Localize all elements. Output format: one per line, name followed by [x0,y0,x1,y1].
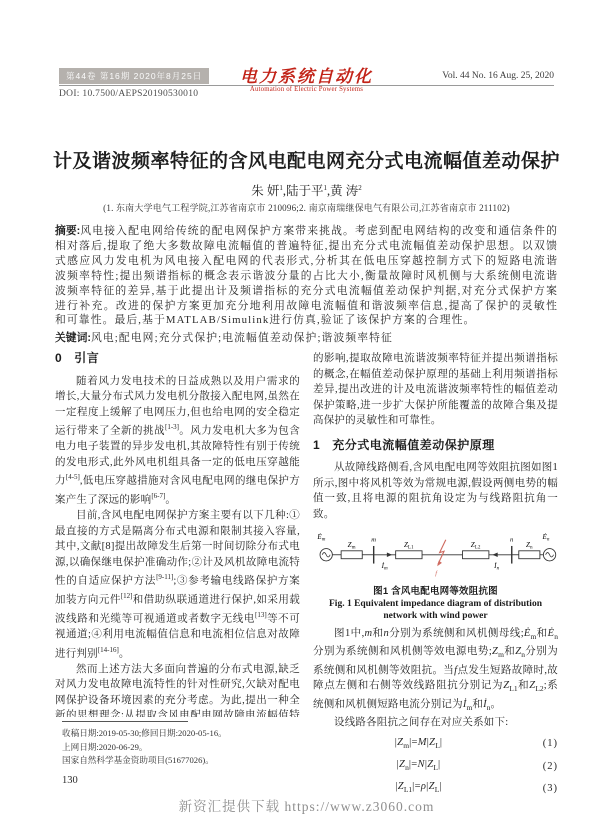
svg-text:n: n [510,537,514,544]
fault-lightning-icon [438,540,446,565]
keywords-line: 关键词:风电;配电网;充分式保护;电流幅值差动保护;谐波频率特征 [55,331,558,346]
svg-text:m: m [371,537,376,544]
intro-paragraph-1: 随着风力发电技术的日益成熟以及用户需求的增长,大量分布式风力发电机分散接入配电网… [55,374,300,509]
footnote-rule [62,721,188,722]
svg-text:f: f [435,570,438,577]
footnote-fund: 国家自然科学基金资助项目(51677026)。 [62,754,307,768]
volume-info: Vol. 44 No. 16 Aug. 25, 2020 [442,71,554,81]
left-column: 0引言 随着风力发电技术的日益成熟以及用户需求的增长,大量分布式风力发电机分散接… [55,351,300,717]
footnote-block: 收稿日期:2019-05-30;修回日期:2020-05-16。 上网日期:20… [62,721,307,768]
intro-paragraph-3: 然而上述方法大多面向普遍的分布式电源,缺乏对风力发电故障电流特性的针对性研究,欠… [55,662,300,718]
figure1-caption-zh: 图1 含风电配电网等效阻抗图 [313,585,558,598]
continued-paragraph: 的影响,提取故障电流谐波频率特征并提出频谱指标的概念,在幅值差动保护原理的基础上… [313,351,558,429]
figure1-caption-en: Fig. 1 Equivalent impedance diagram of d… [313,598,558,623]
equation-lead-in: 设线路各阻抗之间存在对应关系如下: [313,715,558,731]
equation-1: |Zm|=M|ZL|(1) [313,735,558,753]
section1-paragraph-1: 从故障线路侧看,含风电配电网等效阻抗图如图1所示,图中将风机等效为常规电源,假设… [313,460,558,522]
affiliation-line: (1. 东南大学电气工程学院,江苏省南京市 210096;2. 南京南瑞继保电气… [0,201,613,214]
abstract-label: 摘要: [55,225,80,237]
section-heading-1: 1充分式电流幅值差动保护原理 [313,438,558,454]
svg-text:ZL2: ZL2 [471,541,481,551]
section1-paragraph-2: 图1中,m和n分别为系统侧和风机侧母线;Ėm和Ėn分别为系统侧和风机侧等效电源电… [313,626,558,716]
author-line: 朱 妍1,陆于平1,黄 涛2 [0,181,613,199]
intro-paragraph-2: 目前,含风电配电网保护方案主要有以下几种:①最直接的方式是隔离分布式电源和限制其… [55,508,300,662]
current-arrow-in [492,552,497,557]
svg-text:Ėn: Ėn [542,533,550,543]
svg-text:Zn: Zn [526,541,533,551]
footnote-received: 收稿日期:2019-05-30;修回日期:2020-05-16。 [62,727,307,741]
current-arrow-im [387,552,392,557]
svg-text:Zm: Zm [348,541,356,551]
keywords-label: 关键词: [55,332,91,344]
right-column: 的影响,提取故障电流谐波频率特征并提出频谱指标的概念,在幅值差动保护原理的基础上… [313,351,558,801]
svg-text:İn: İn [493,562,500,572]
figure-1: Ėm Zm m İm ZL1 [313,527,558,623]
svg-text:Ėm: Ėm [316,533,325,543]
paper-title: 计及谐波频率特征的含风电配电网充分式电流幅值差动保护 [30,146,583,173]
impedance-circuit-diagram: Ėm Zm m İm ZL1 [313,527,561,579]
paper-page: 第44卷 第16期 2020年8月25日 DOI: 10.7500/AEPS20… [0,0,613,825]
svg-text:ZL1: ZL1 [404,541,414,551]
journal-logo-en: Automation of Electric Power Systems [0,86,613,93]
download-watermark: 新资汇提供下载 https://www.z3060.com [0,795,613,815]
footnote-online: 上网日期:2020-06-29。 [62,741,307,755]
abstract-text: 摘要:风电接入配电网给传统的配电网保护方案带来挑战。考虑到配电网结构的改变和通信… [55,224,558,328]
svg-text:İm: İm [381,562,389,572]
page-number: 130 [62,775,78,786]
section-heading-0: 0引言 [55,351,300,367]
abstract-block: 摘要:风电接入配电网给传统的配电网保护方案带来挑战。考虑到配电网结构的改变和通信… [55,224,558,346]
equation-2: |Zn|=N|ZL|(2) [313,757,558,775]
